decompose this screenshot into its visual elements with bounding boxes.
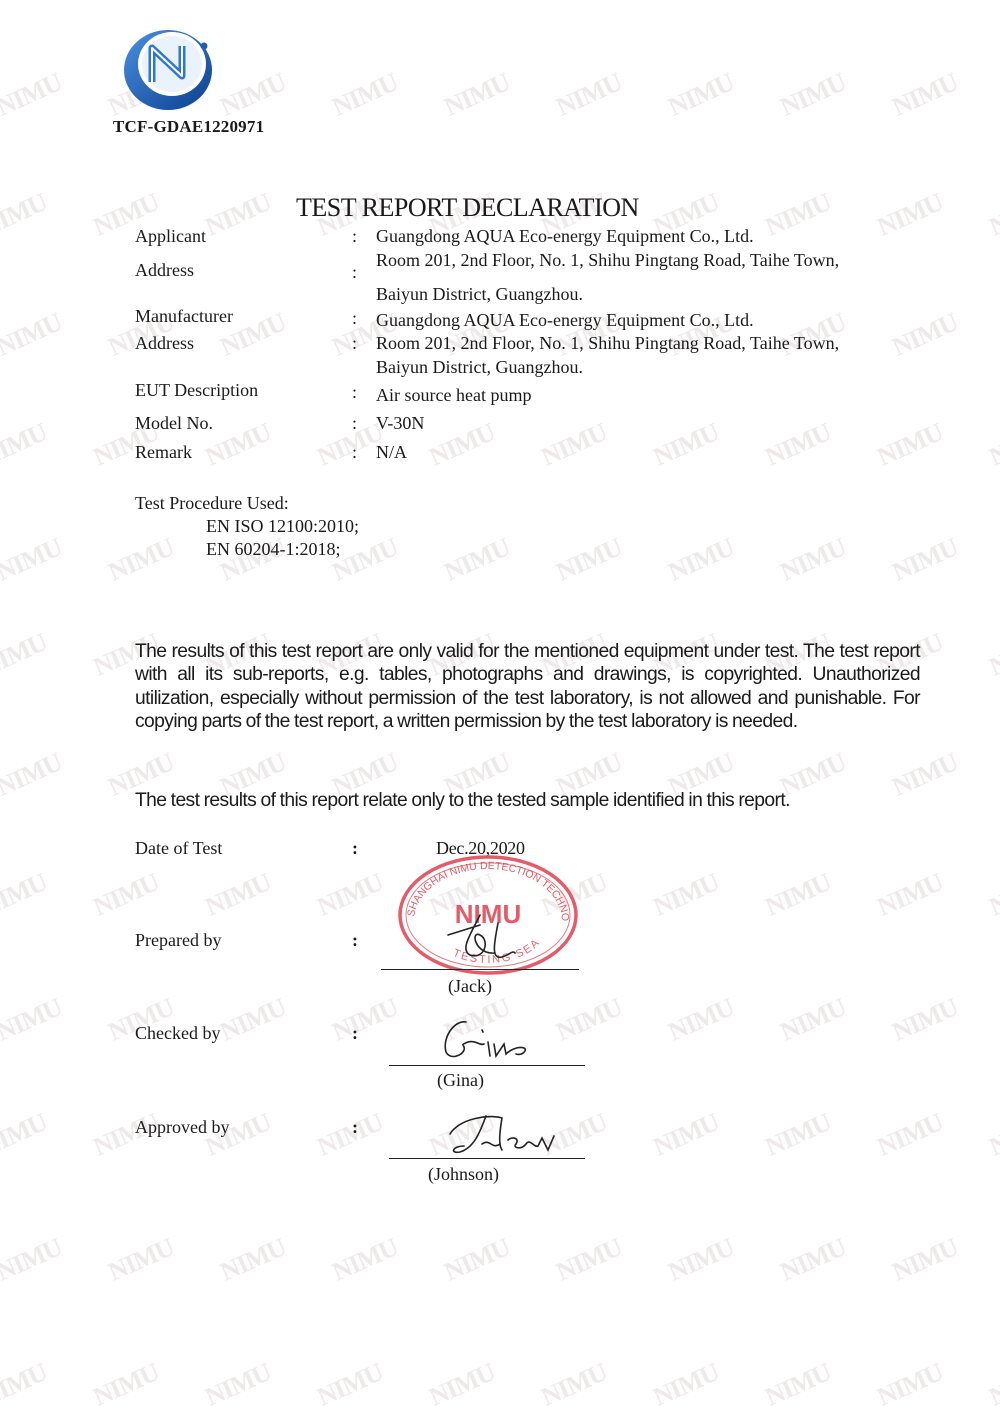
prepared-by-label: Prepared by — [135, 930, 221, 951]
colon: : — [352, 1117, 358, 1138]
colon: : — [352, 226, 357, 247]
date-of-test-label: Date of Test — [135, 838, 222, 859]
colon: : — [352, 1023, 358, 1044]
model-no-value: V-30N — [376, 413, 424, 434]
colon: : — [352, 333, 357, 354]
applicant-address-line2: Baiyun District, Guangzhou. — [376, 284, 583, 305]
checked-signature-line — [389, 1065, 585, 1066]
colon: : — [352, 442, 357, 463]
colon: : — [352, 838, 358, 859]
johnson-signature — [430, 1108, 580, 1160]
applicant-label: Applicant — [135, 226, 206, 247]
test-procedure-heading: Test Procedure Used: — [135, 493, 289, 514]
manufacturer-address-line1: Room 201, 2nd Floor, No. 1, Shihu Pingta… — [376, 333, 839, 354]
prepared-by-name: (Jack) — [448, 976, 492, 997]
remark-label: Remark — [135, 442, 192, 463]
approved-signature-line — [389, 1158, 585, 1159]
model-no-label: Model No. — [135, 413, 213, 434]
colon: : — [352, 413, 357, 434]
scope-note: The test results of this report relate o… — [135, 790, 790, 812]
checked-by-label: Checked by — [135, 1023, 220, 1044]
applicant-address-line1: Room 201, 2nd Floor, No. 1, Shihu Pingta… — [376, 250, 839, 271]
manufacturer-address-label: Address — [135, 333, 194, 354]
approved-by-name: (Johnson) — [428, 1164, 499, 1185]
test-report-declaration-page: TCF-GDAE1220971 TEST REPORT DECLARATION … — [0, 0, 1000, 1413]
prepared-signature-line — [381, 969, 579, 970]
test-standard: EN 60204-1:2018; — [206, 539, 341, 560]
disclaimer-paragraph: The results of this test report are only… — [135, 640, 920, 733]
nimu-logo-icon — [120, 24, 216, 112]
manufacturer-label: Manufacturer — [135, 306, 233, 327]
manufacturer-address-line2: Baiyun District, Guangzhou. — [376, 357, 583, 378]
colon: : — [352, 262, 357, 283]
colon: : — [352, 382, 357, 403]
page-title: TEST REPORT DECLARATION — [296, 193, 639, 223]
approved-by-label: Approved by — [135, 1117, 229, 1138]
gina-signature — [436, 1016, 546, 1064]
applicant-value: Guangdong AQUA Eco-energy Equipment Co.,… — [376, 226, 754, 247]
colon: : — [352, 930, 358, 951]
manufacturer-value: Guangdong AQUA Eco-energy Equipment Co.,… — [376, 310, 754, 331]
applicant-address-label: Address — [135, 260, 194, 281]
eut-description-value: Air source heat pump — [376, 385, 531, 406]
jack-signature — [440, 905, 530, 970]
test-standard: EN ISO 12100:2010; — [206, 516, 359, 537]
colon: : — [352, 308, 357, 329]
remark-value: N/A — [376, 442, 407, 463]
eut-description-label: EUT Description — [135, 380, 258, 401]
checked-by-name: (Gina) — [437, 1070, 484, 1091]
certificate-number: TCF-GDAE1220971 — [113, 117, 264, 137]
